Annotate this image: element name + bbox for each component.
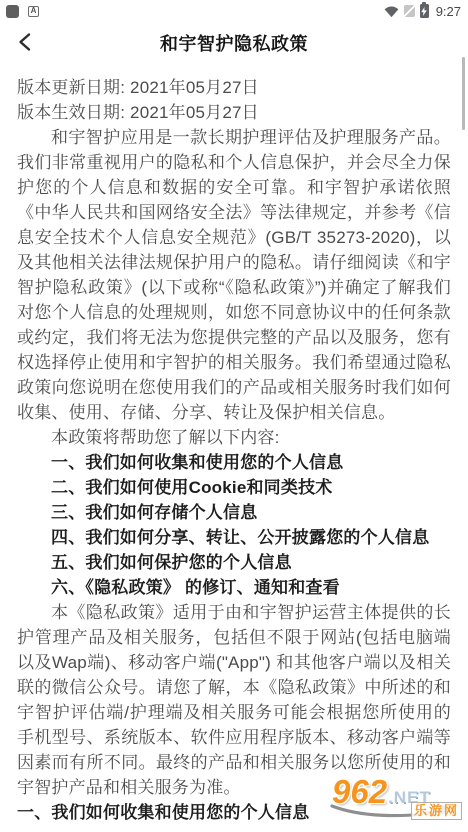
version-effective-date: 版本生效日期: 2021年05月27日	[17, 100, 451, 125]
back-chevron-icon	[16, 32, 36, 55]
toc-item-2: 二、我们如何使用Cookie和同类技术	[17, 475, 451, 500]
intro-paragraph: 和宇智护应用是一款长期护理评估及护理服务产品。我们非常重视用户的隐私和个人信息保…	[17, 125, 451, 425]
status-bar: A 9:27	[0, 0, 468, 22]
toc-item-5: 五、我们如何保护您的个人信息	[17, 550, 451, 575]
toc-item-1: 一、我们如何收集和使用您的个人信息	[17, 450, 451, 475]
toc-item-4: 四、我们如何分享、转让、公开披露您的个人信息	[17, 525, 451, 550]
scope-paragraph: 本《隐私政策》适用于由和宇智护运营主体提供的长护管理产品及相关服务，包括但不限于…	[17, 600, 451, 800]
no-sim-icon	[404, 5, 415, 17]
header: 和宇智护隐私政策	[0, 22, 468, 64]
toc-item-3: 三、我们如何存储个人信息	[17, 500, 451, 525]
scrollbar[interactable]	[462, 57, 465, 130]
watermark-site-name: 乐游网	[411, 802, 462, 820]
toc-item-6: 六、《隐私政策》 的修订、通知和查看	[17, 575, 451, 600]
notification-square-icon	[6, 5, 19, 18]
toc-intro: 本政策将帮助您了解以下内容:	[17, 425, 451, 450]
version-updated-date: 版本更新日期: 2021年05月27日	[17, 75, 451, 100]
page-title: 和宇智护隐私政策	[160, 30, 308, 56]
clock-time: 9:27	[436, 4, 461, 19]
watermark-962net: 962 .NET 乐游网	[326, 774, 468, 826]
letter-a-notification-icon: A	[28, 6, 39, 17]
battery-charging-icon	[420, 4, 429, 18]
wifi-icon	[384, 5, 399, 18]
privacy-policy-body: 版本更新日期: 2021年05月27日 版本生效日期: 2021年05月27日 …	[0, 64, 468, 825]
back-button[interactable]	[10, 27, 42, 59]
